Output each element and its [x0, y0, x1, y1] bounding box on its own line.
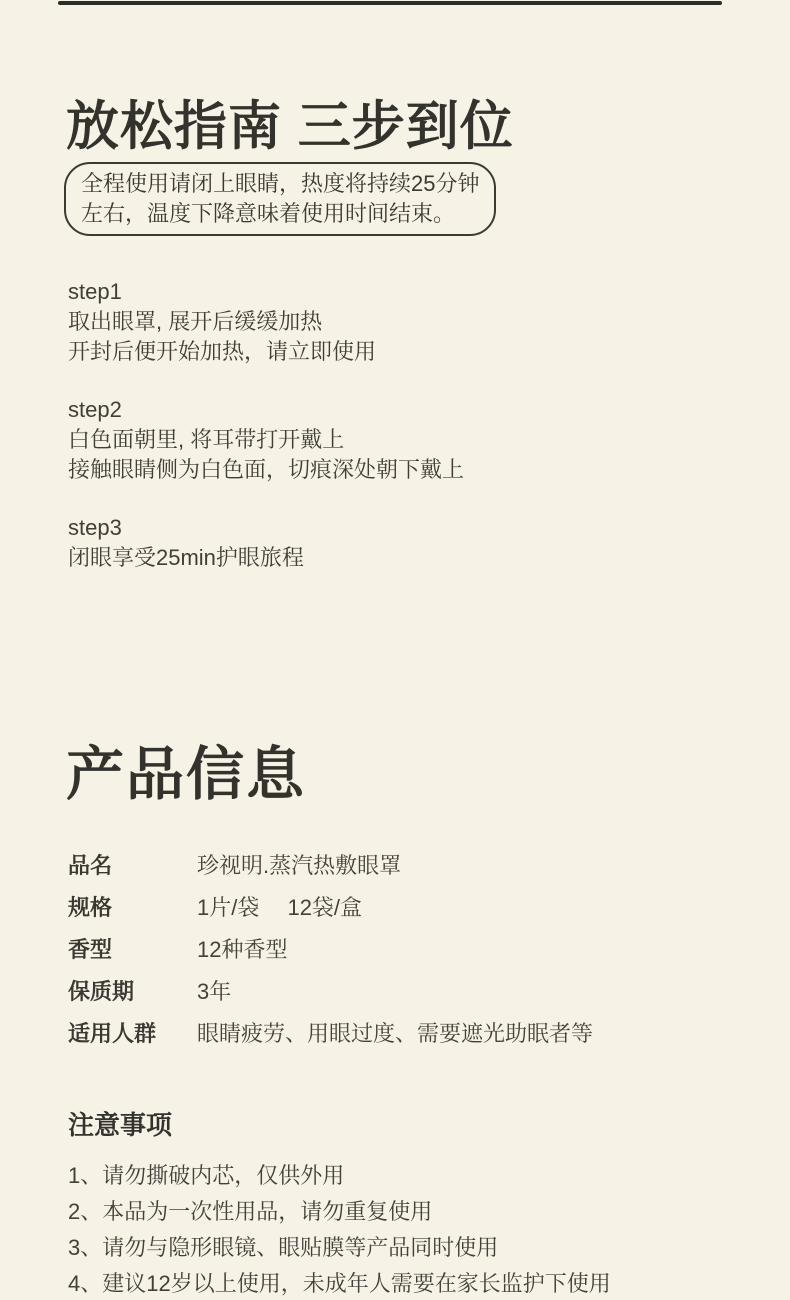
table-row: 适用人群 眼睛疲劳、用眼过度、需要遮光助眠者等 — [68, 1011, 593, 1053]
row-value: 3年 — [197, 975, 231, 1006]
step-3-label: step3 — [68, 513, 464, 543]
row-value: 1片/袋 12袋/盒 — [197, 891, 362, 922]
guide-title: 放松指南 三步到位 — [66, 84, 514, 160]
row-value: 珍视明.蒸汽热敷眼罩 — [197, 849, 401, 880]
step-3: step3 闭眼享受25min护眼旅程 — [68, 513, 464, 573]
row-label: 保质期 — [68, 975, 197, 1006]
usage-notice-line: 全程使用请闭上眼睛，热度将持续25分钟 — [81, 169, 479, 199]
row-value: 眼睛疲劳、用眼过度、需要遮光助眠者等 — [197, 1017, 593, 1048]
usage-notice-line: 左右，温度下降意味着使用时间结束。 — [81, 199, 479, 229]
row-value: 12种香型 — [197, 933, 287, 964]
step-2: step2 白色面朝里, 将耳带打开戴上 接触眼睛侧为白色面，切痕深处朝下戴上 — [68, 395, 464, 485]
product-info-title: 产品信息 — [66, 727, 306, 811]
table-row: 香型 12种香型 — [68, 927, 593, 969]
step-3-line: 闭眼享受25min护眼旅程 — [68, 543, 464, 573]
step-2-label: step2 — [68, 395, 464, 425]
table-row: 保质期 3年 — [68, 969, 593, 1011]
row-label: 适用人群 — [68, 1017, 197, 1048]
precautions-section: 注意事项 1、请勿撕破内芯，仅供外用 2、本品为一次性用品，请勿重复使用 3、请… — [68, 1108, 611, 1300]
product-info-table: 品名 珍视明.蒸汽热敷眼罩 规格 1片/袋 12袋/盒 香型 12种香型 保质期… — [68, 843, 593, 1053]
steps-list: step1 取出眼罩, 展开后缓缓加热 开封后便开始加热，请立即使用 step2… — [68, 277, 464, 601]
row-label: 品名 — [68, 849, 197, 880]
step-1-line: 开封后便开始加热，请立即使用 — [68, 337, 464, 367]
precaution-item: 3、请勿与隐形眼镜、眼贴膜等产品同时使用 — [68, 1236, 611, 1260]
step-2-line: 白色面朝里, 将耳带打开戴上 — [68, 425, 464, 455]
precaution-item: 2、本品为一次性用品，请勿重复使用 — [68, 1200, 611, 1224]
precautions-title: 注意事项 — [68, 1108, 611, 1142]
top-divider-line — [58, 1, 722, 5]
step-1: step1 取出眼罩, 展开后缓缓加热 开封后便开始加热，请立即使用 — [68, 277, 464, 367]
table-row: 品名 珍视明.蒸汽热敷眼罩 — [68, 843, 593, 885]
usage-notice-box: 全程使用请闭上眼睛，热度将持续25分钟 左右，温度下降意味着使用时间结束。 — [64, 162, 496, 236]
step-1-line: 取出眼罩, 展开后缓缓加热 — [68, 307, 464, 337]
product-detail-panel: 放松指南 三步到位 全程使用请闭上眼睛，热度将持续25分钟 左右，温度下降意味着… — [0, 0, 790, 1300]
step-2-line: 接触眼睛侧为白色面，切痕深处朝下戴上 — [68, 455, 464, 485]
row-label: 规格 — [68, 891, 197, 922]
table-row: 规格 1片/袋 12袋/盒 — [68, 885, 593, 927]
step-1-label: step1 — [68, 277, 464, 307]
precaution-item: 1、请勿撕破内芯，仅供外用 — [68, 1164, 611, 1188]
precaution-item: 4、建议12岁以上使用，未成年人需要在家长监护下使用 — [68, 1272, 611, 1296]
row-label: 香型 — [68, 933, 197, 964]
